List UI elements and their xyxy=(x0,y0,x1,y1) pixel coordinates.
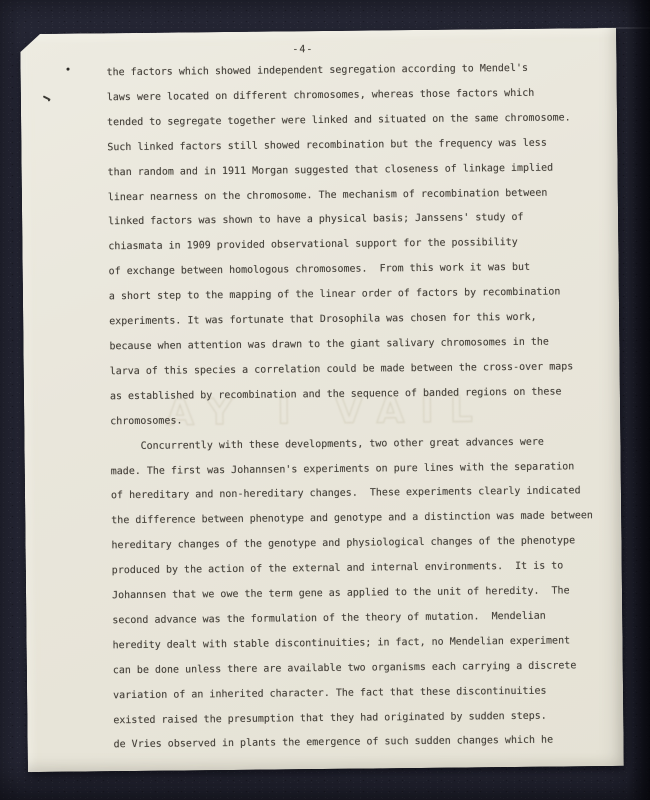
mat-edge-shadow xyxy=(628,0,650,800)
page-number: -4- xyxy=(292,44,313,55)
document-page-shadow: AY I VAIL -4- the factors which showed i… xyxy=(0,0,650,800)
text-line: as established by recombination and the … xyxy=(110,380,615,410)
typed-text: the factors which showed independent seg… xyxy=(106,56,618,759)
ink-speck xyxy=(67,68,70,71)
pen-mark xyxy=(43,95,50,100)
document-page: AY I VAIL -4- the factors which showed i… xyxy=(20,28,624,772)
photo-background: AY I VAIL -4- the factors which showed i… xyxy=(0,0,650,800)
text-line: de Vries observed in plants the emergenc… xyxy=(113,728,618,758)
